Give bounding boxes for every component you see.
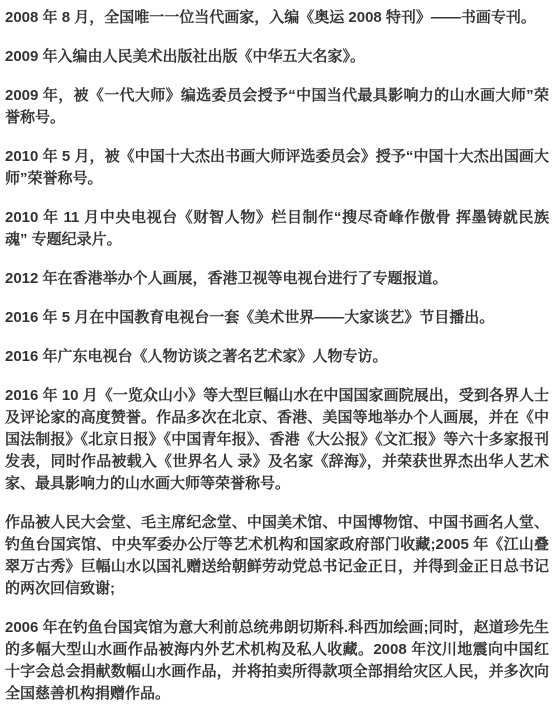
bio-paragraph-2010-top-ten: 2010 年 5 月，被《中国十大杰出书画大师评选委员会》授予“中国十大杰出国画… (5, 146, 549, 190)
document-body: 2008 年 8 月，全国唯一一位当代画家，入编《奥运 2008 特刊》——书画… (0, 0, 554, 711)
bio-paragraph-2009-master-title: 2009 年，被《一代大师》编选委员会授予“中国当代最具影响力的山水画大师”荣誉… (5, 85, 549, 129)
page: { "colors": { "background": "#ffffff", "… (0, 0, 554, 711)
bio-paragraph-2010-cctv: 2010 年 11 月中央电视台《财智人物》栏目制作“搜尽奇峰作傲骨 挥墨铸就民… (5, 207, 549, 251)
bio-paragraph-collections: 作品被人民大会堂、毛主席纪念堂、中国美术馆、中国博物馆、中国书画名人堂、钓鱼台国… (5, 512, 549, 600)
bio-paragraph-2012-hongkong: 2012 年在香港举办个人画展，香港卫视等电视台进行了专题报道。 (5, 268, 549, 290)
bio-paragraph-2009-publication: 2009 年入编由人民美术出版社出版《中华五大名家》。 (5, 46, 549, 68)
bio-paragraph-2006-charity: 2006 年在钓鱼台国宾馆为意大利前总统弗朗切斯科.科西加绘画;同时，赵道珍先生… (5, 617, 549, 705)
bio-paragraph-2016-education-tv: 2016 年 5 月在中国教育电视台一套《美术世界——大家谈艺》节目播出。 (5, 307, 549, 329)
bio-paragraph-2016-guangdong-tv: 2016 年广东电视台《人物访谈之著名艺术家》人物专访。 (5, 346, 549, 368)
bio-paragraph-2016-exhibition: 2016 年 10 月《一览众山小》等大型巨幅山水在中国国家画院展出，受到各界人… (5, 385, 549, 495)
bio-paragraph-2008-olympic: 2008 年 8 月，全国唯一一位当代画家，入编《奥运 2008 特刊》——书画… (5, 7, 549, 29)
